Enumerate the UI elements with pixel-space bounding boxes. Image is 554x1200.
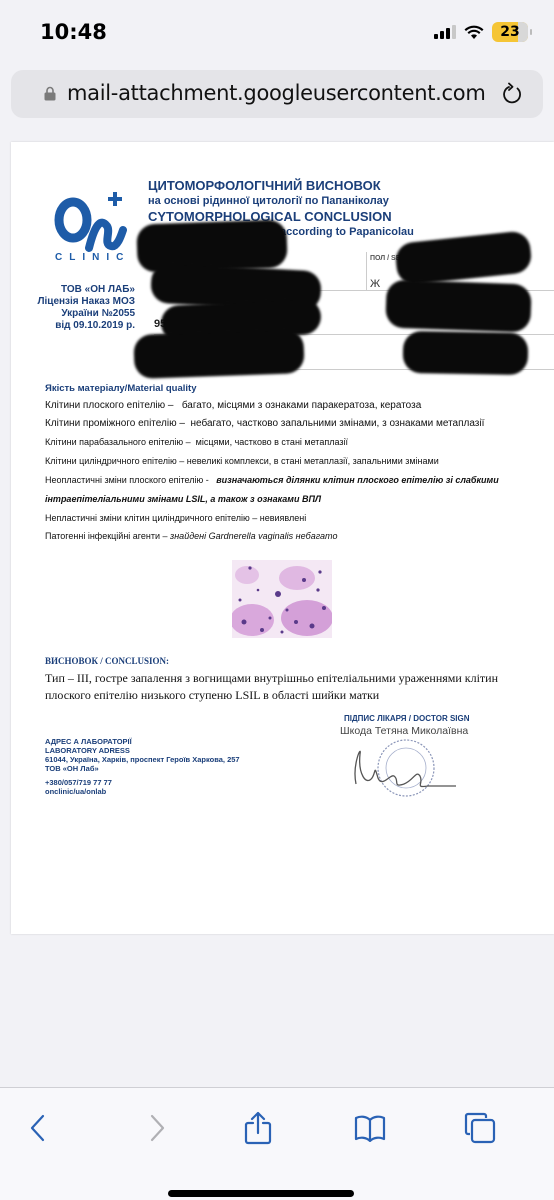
title-ua: ЦИТОМОРФОЛОГІЧНИЙ ВИСНОВОК: [148, 178, 414, 193]
status-icons: 23: [434, 22, 528, 42]
browser-toolbar: [0, 1087, 554, 1200]
redaction-mark: [403, 331, 529, 375]
redaction-mark: [136, 219, 288, 272]
tabs-button[interactable]: [464, 1110, 496, 1146]
url-text[interactable]: mail-attachment.googleusercontent.com: [67, 81, 486, 105]
microscopy-image: [232, 560, 332, 638]
divider: [366, 252, 367, 290]
chevron-left-icon: [30, 1114, 46, 1142]
wifi-icon: [464, 25, 484, 40]
finding-row: Клітини плоского епітелію – багато, місц…: [45, 400, 421, 411]
status-bar: 10:48 23: [0, 0, 554, 62]
redaction-mark: [385, 279, 532, 332]
doctor-sign-label: ПІДПИС ЛІКАРЯ / DOCTOR SIGN: [344, 714, 470, 723]
cellular-signal-icon: [434, 25, 456, 39]
title-en: CYTOMORPHOLOGICAL CONCLUSION: [148, 209, 414, 224]
subtitle-ua: на основі рідинної цитології по Папаніко…: [148, 195, 414, 207]
home-indicator[interactable]: [168, 1190, 354, 1197]
finding-row: Клітини циліндричного епітелію – невелик…: [45, 456, 439, 466]
finding-row: Непластичні зміни клітин циліндричного е…: [45, 513, 306, 523]
status-time: 10:48: [40, 20, 107, 44]
conclusion-text: Тип – III, гостре запалення з вогнищами …: [45, 670, 525, 704]
forward-button[interactable]: [141, 1110, 173, 1146]
share-button[interactable]: [242, 1110, 274, 1146]
bookmarks-button[interactable]: [354, 1110, 386, 1146]
tabs-icon: [464, 1112, 496, 1144]
logo-clinic-text: CLINIC: [55, 252, 130, 263]
reload-icon[interactable]: [501, 82, 525, 106]
document-page: CLINIC ЦИТОМОРФОЛОГІЧНИЙ ВИСНОВОК на осн…: [11, 142, 554, 934]
material-quality-heading: Якість матеріалу/Material quality: [45, 383, 196, 394]
battery-icon: 23: [492, 22, 528, 42]
finding-row: Клітини проміжного епітелію – небагато, …: [45, 418, 484, 429]
redaction-mark: [133, 329, 304, 379]
url-bar[interactable]: mail-attachment.googleusercontent.com: [11, 70, 543, 118]
finding-row: Неопластичні зміни плоского епітелію - в…: [45, 475, 499, 485]
finding-row: Патогенні інфекційні агенти – знайдені G…: [45, 531, 337, 541]
laboratory-address: АДРЕС А ЛАБОРАТОРІЇ LABORATORY ADRESS 61…: [45, 737, 240, 796]
chevron-right-icon: [149, 1114, 165, 1142]
back-button[interactable]: [22, 1110, 54, 1146]
doctor-signature-stamp-icon: [344, 734, 464, 804]
finding-row: Клітини парабазального епітелію – місцям…: [45, 437, 348, 447]
conclusion-heading: ВИСНОВОК / CONCLUSION:: [45, 656, 169, 666]
lock-icon: [44, 86, 56, 101]
finding-row-continued: інтраепітеліальними змінами LSIL, а тако…: [45, 494, 321, 504]
sex-value: Ж: [370, 278, 380, 290]
book-icon: [354, 1114, 386, 1142]
company-info: ТОВ «ОН ЛАБ» Ліцензія Наказ МОЗ України …: [31, 284, 135, 332]
redaction-mark: [394, 230, 533, 286]
share-icon: [244, 1111, 272, 1145]
